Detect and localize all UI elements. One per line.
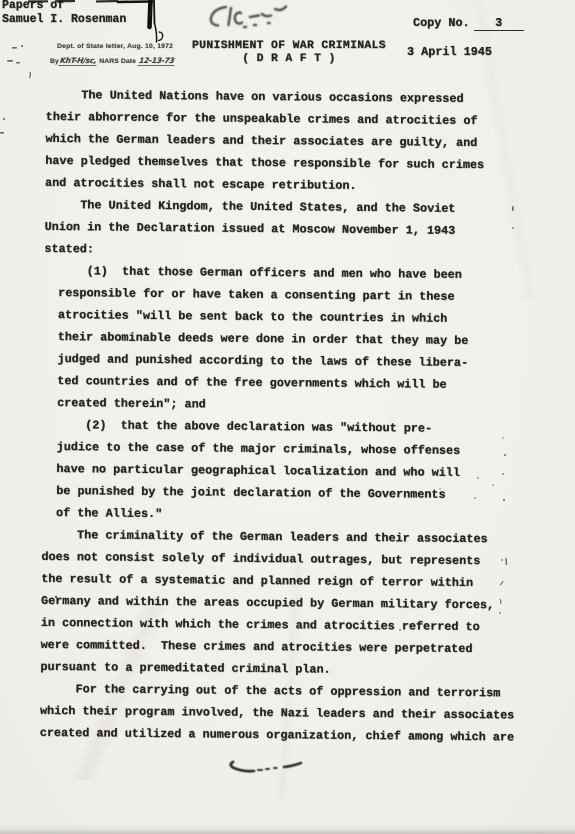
title-line1: PUNISHMENT OF WAR CRIMINALS bbox=[192, 40, 386, 52]
scanned-document-page: Papers ofSamuel I. Rosenman Copy No.3 De… bbox=[0, 0, 575, 834]
scan-bottom-edge bbox=[0, 825, 575, 834]
paragraph-moscow-declaration: The United Kingdom, the United States, a… bbox=[44, 194, 519, 265]
declass-date-handwriting: 12-13-73 bbox=[137, 57, 175, 66]
collection-line2: Samuel I. Rosenman bbox=[2, 13, 126, 26]
bottom-scribble-mark bbox=[231, 762, 301, 771]
title-line2: ( D R A F T ) bbox=[242, 53, 335, 65]
copy-number: Copy No.3 bbox=[413, 16, 524, 31]
declass-nars-label: NARS Date bbox=[97, 58, 138, 65]
declass-initials-handwriting: KhT-H/sc, bbox=[58, 57, 98, 66]
document-body: The United Nations have on various occas… bbox=[40, 84, 521, 749]
collection-label: Papers ofSamuel I. Rosenman bbox=[2, 0, 126, 26]
faded-stamp-scribble bbox=[211, 7, 286, 28]
copy-number-label: Copy No. bbox=[413, 16, 470, 30]
document-title: PUNISHMENT OF WAR CRIMINALS( D R A F T ) bbox=[183, 40, 395, 65]
paragraph-criminality: The criminality of the German leaders an… bbox=[40, 524, 516, 683]
collection-line1: Papers of bbox=[2, 0, 64, 12]
paragraph-united-nations: The United Nations have on various occas… bbox=[45, 84, 520, 199]
paragraph-nazi-organization: For the carrying out of the acts of oppr… bbox=[40, 678, 515, 749]
declass-by-label: By bbox=[50, 58, 59, 65]
copy-number-value: 3 bbox=[474, 17, 524, 31]
list-item-2: (2) that the above declaration was "with… bbox=[42, 414, 517, 529]
document-date: 3 April 1945 bbox=[407, 45, 492, 59]
list-item-1: (1) that those German officers and men w… bbox=[43, 260, 519, 419]
